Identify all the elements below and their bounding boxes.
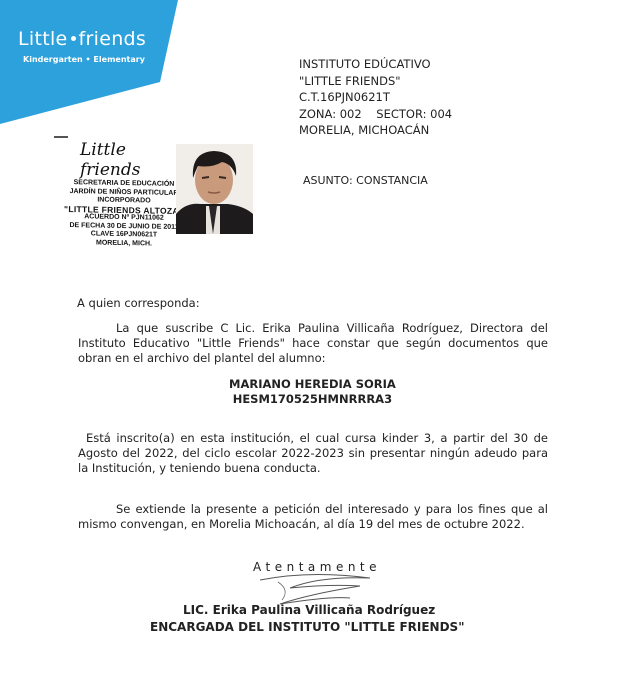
subject-line: ASUNTO: CONSTANCIA — [303, 174, 428, 187]
signer-title: ENCARGADA DEL INSTITUTO "LITTLE FRIENDS" — [150, 620, 464, 634]
scan-mark — [54, 136, 68, 138]
school-stamp: Little friends SECRETARIA DE EDUCACIÓN J… — [64, 140, 184, 258]
logo-title: Littlefriends — [18, 28, 146, 50]
banner-shape-icon — [0, 0, 200, 130]
institution-line: MORELIA, MICHOACÁN — [299, 122, 452, 139]
paragraph-intro: La que suscribe C Lic. Erika Paulina Vil… — [78, 321, 548, 366]
logo-name-part2: friends — [79, 28, 147, 50]
paragraph-intro-text: La que suscribe C Lic. Erika Paulina Vil… — [78, 321, 548, 365]
logo-name-part1: Little — [18, 28, 68, 50]
institution-line: INSTITUTO EDÚCATIVO — [299, 56, 452, 73]
greeting: A quien corresponda: — [77, 296, 200, 310]
student-photo — [176, 144, 253, 234]
logo-dot-icon — [71, 36, 76, 41]
student-info: MARIANO HEREDIA SORIA HESM170525HMNRRRA3 — [229, 377, 396, 407]
signer-name: LIC. Erika Paulina Villicaña Rodríguez — [183, 603, 435, 617]
paragraph-enrollment: Está inscrito(a) en esta institución, el… — [78, 431, 548, 476]
logo-banner: Littlefriends Kindergarten • Elementary — [0, 0, 200, 130]
institution-line: ZONA: 002 SECTOR: 004 — [299, 106, 452, 123]
paragraph-issuance-text: Se extiende la presente a petición del i… — [78, 502, 548, 531]
institution-line: C.T.16PJN0621T — [299, 89, 452, 106]
student-photo-icon — [176, 144, 253, 234]
paragraph-issuance: Se extiende la presente a petición del i… — [78, 502, 548, 532]
institution-header: INSTITUTO EDÚCATIVO "LITTLE FRIENDS" C.T… — [299, 56, 452, 139]
student-name: MARIANO HEREDIA SORIA — [229, 377, 396, 392]
institution-line: "LITTLE FRIENDS" — [299, 73, 452, 90]
logo-tagline: Kindergarten • Elementary — [23, 55, 145, 64]
paragraph-enrollment-text: Está inscrito(a) en esta institución, el… — [78, 431, 548, 475]
student-curp: HESM170525HMNRRRA3 — [229, 392, 396, 407]
stamp-line: MORELIA, MICH. — [64, 238, 184, 249]
stamp-logo: Little friends — [80, 140, 184, 180]
